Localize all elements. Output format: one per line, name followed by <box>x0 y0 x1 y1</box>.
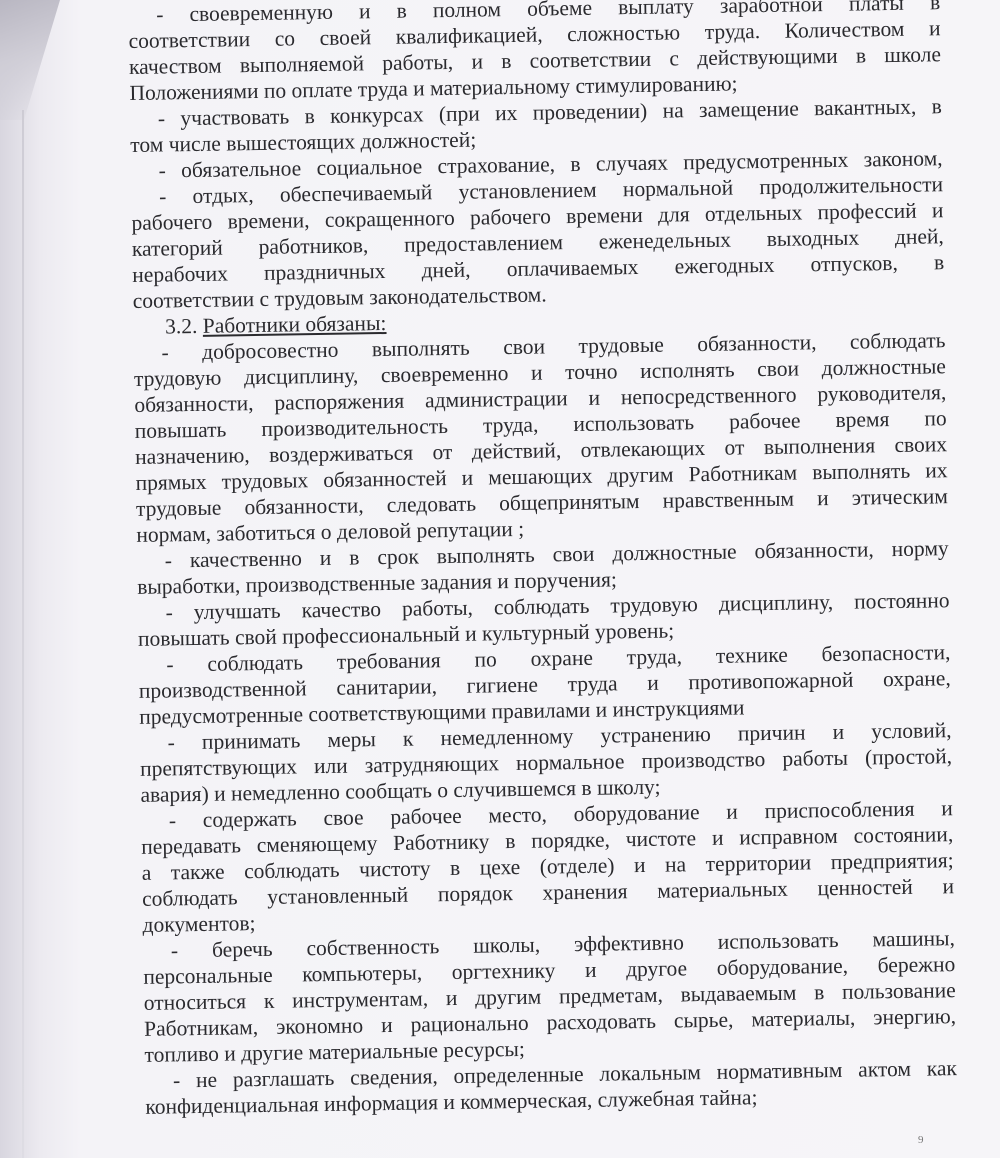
page-curl-shadow <box>0 0 60 120</box>
duties-list: - добросовестно выполнять свои трудовые … <box>133 327 957 1120</box>
section-number: 3.2. <box>165 314 203 339</box>
page-edge <box>22 110 24 1158</box>
rights-list: - своевременную и в полном объеме выплат… <box>128 0 945 314</box>
document-body: - своевременную и в полном объеме выплат… <box>128 0 957 1120</box>
scanned-page: - своевременную и в полном объеме выплат… <box>0 0 1000 1158</box>
page-number: 9 <box>918 1134 924 1146</box>
section-title: Работники обязаны: <box>203 311 387 338</box>
